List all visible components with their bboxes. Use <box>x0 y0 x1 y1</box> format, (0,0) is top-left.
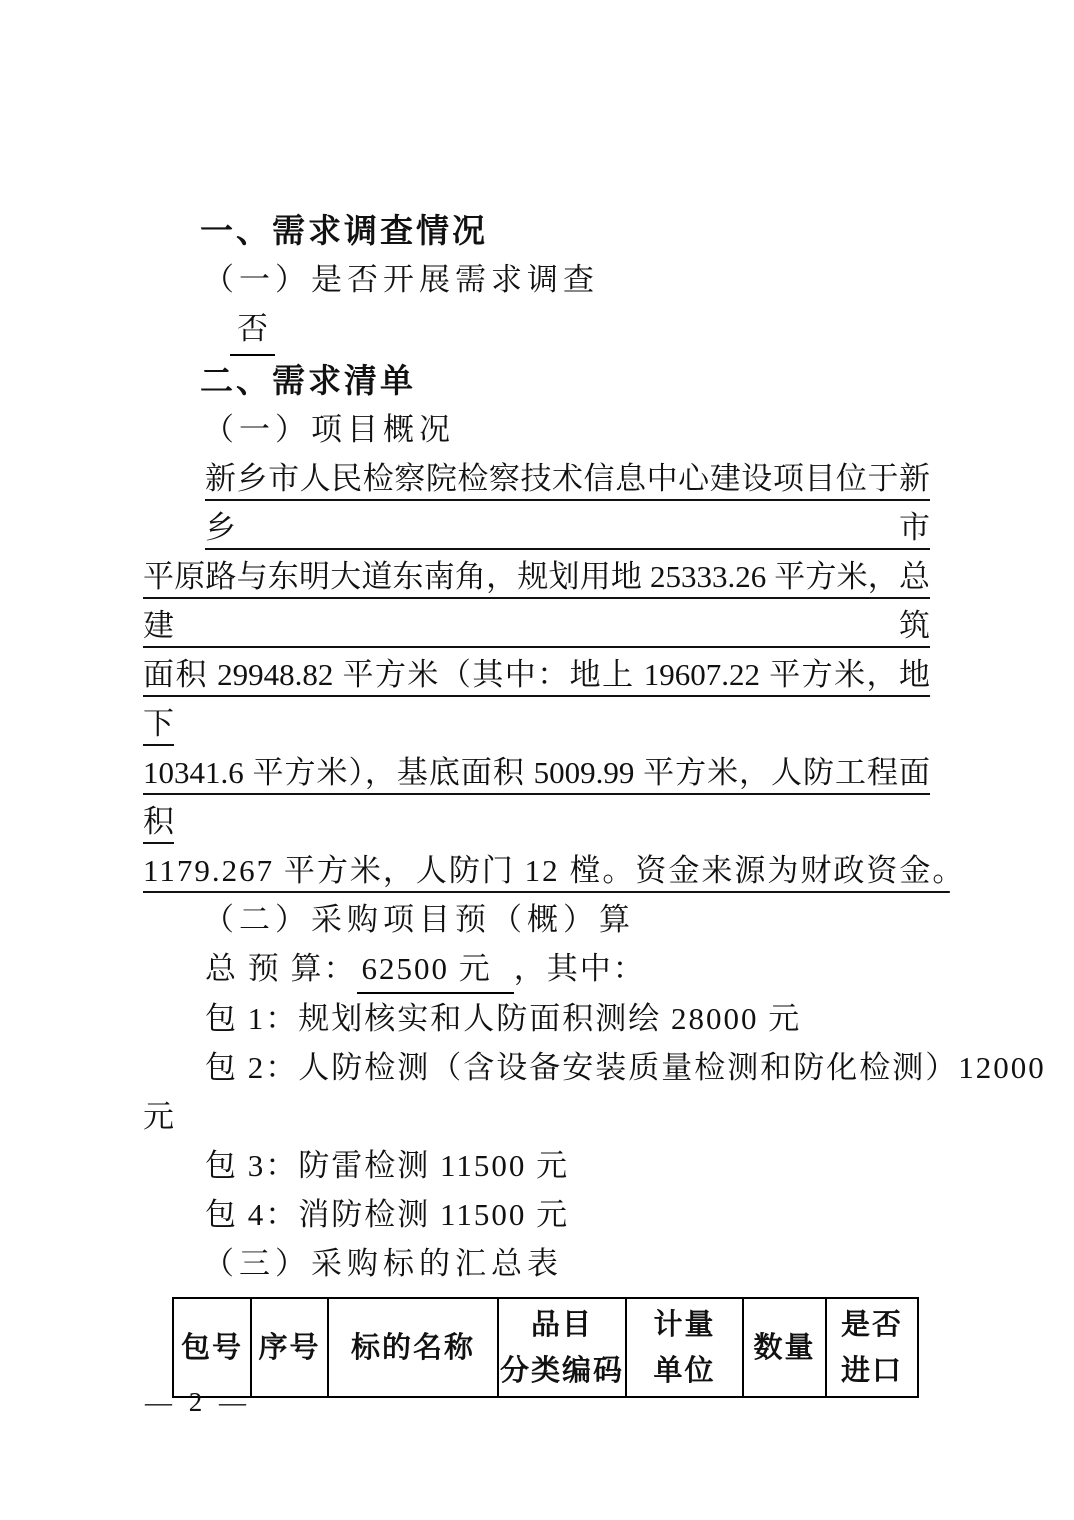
survey-answer-line: 否 <box>143 304 930 356</box>
overview-line: 1179.267 平方米，人防门 12 樘。资金来源为财政资金。 <box>143 846 930 895</box>
overview-line: 10341.6 平方米），基底面积 5009.99 平方米，人防工程面积 <box>143 748 930 846</box>
package-3-line: 包 3：防雷检测 11500 元 <box>143 1141 930 1190</box>
survey-question-heading: （一）是否开展需求调查 <box>143 255 930 304</box>
summary-table-header-cell: 计量 单位 <box>626 1298 743 1397</box>
overview-line: 平原路与东明大道东南角，规划用地 25333.26 平方米，总建筑 <box>143 552 930 650</box>
budget-amount: 62500 元 <box>357 947 514 994</box>
package-2-continuation: 元 <box>143 1092 930 1141</box>
summary-table-header-cell: 包号 <box>173 1298 251 1397</box>
summary-table-header-cell: 是否 进口 <box>826 1298 918 1397</box>
budget-line: 总 预 算：62500 元，其中： <box>143 944 930 994</box>
overview-line: 面积 29948.82 平方米（其中：地上 19607.22 平方米，地下 <box>143 650 930 748</box>
document-content: 一、需求调查情况 （一）是否开展需求调查 否 二、需求清单 （一）项目概况 新乡… <box>143 206 930 1398</box>
document-page: 一、需求调查情况 （一）是否开展需求调查 否 二、需求清单 （一）项目概况 新乡… <box>0 0 1074 1520</box>
project-overview-paragraph: 新乡市人民检察院检察技术信息中心建设项目位于新乡市 平原路与东明大道东南角，规划… <box>143 454 930 895</box>
package-2-line: 包 2：人防检测（含设备安装质量检测和防化检测）12000 <box>143 1043 930 1092</box>
summary-table-header-cell: 序号 <box>251 1298 328 1397</box>
summary-table: 包号 序号 标的名称 品目 分类编码 计量 单位 数量 是否 进口 <box>172 1297 919 1398</box>
summary-table-header-row: 包号 序号 标的名称 品目 分类编码 计量 单位 数量 是否 进口 <box>173 1298 918 1397</box>
summary-table-heading: （三）采购标的汇总表 <box>143 1239 930 1288</box>
budget-prefix: 总 预 算： <box>205 951 357 986</box>
project-overview-heading: （一）项目概况 <box>143 405 930 454</box>
summary-table-header-cell: 品目 分类编码 <box>498 1298 626 1397</box>
budget-heading: （二）采购项目预（概）算 <box>143 895 930 944</box>
package-1-line: 包 1：规划核实和人防面积测绘 28000 元 <box>143 994 930 1043</box>
survey-answer: 否 <box>230 304 275 356</box>
section2-heading: 二、需求清单 <box>143 356 930 405</box>
budget-suffix: ，其中： <box>514 951 646 986</box>
summary-table-header-cell: 数量 <box>743 1298 826 1397</box>
summary-table-header-cell: 标的名称 <box>328 1298 498 1397</box>
section1-heading: 一、需求调查情况 <box>143 206 930 255</box>
package-4-line: 包 4：消防检测 11500 元 <box>143 1190 930 1239</box>
page-number: — 2 — <box>145 1387 248 1418</box>
overview-line: 新乡市人民检察院检察技术信息中心建设项目位于新乡市 <box>143 454 930 552</box>
